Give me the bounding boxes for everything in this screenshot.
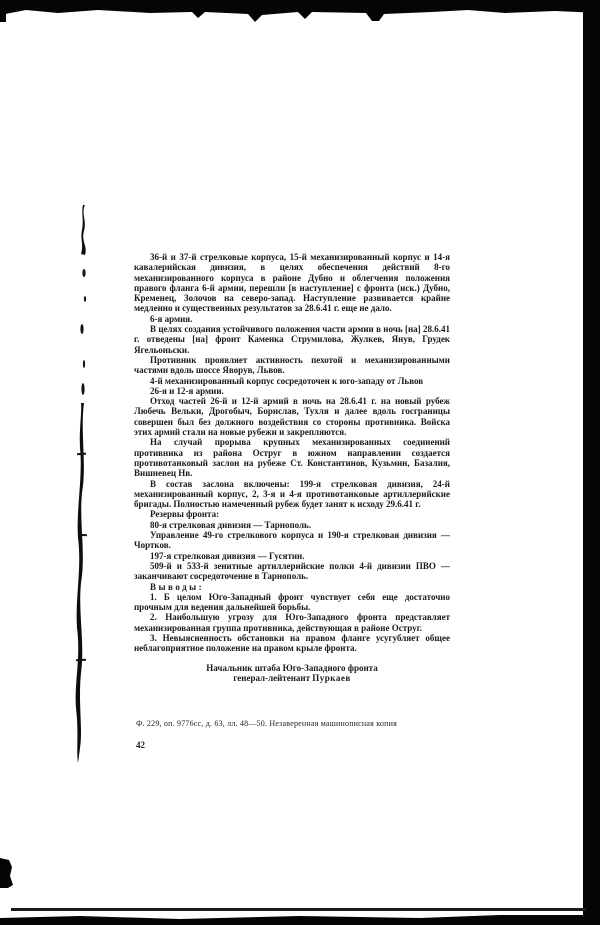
scan-edge-bottom bbox=[0, 915, 600, 925]
signature-block: Начальник штаба Юго-Западного фронта ген… bbox=[134, 663, 450, 684]
paragraph: В целях создания устойчивого положения ч… bbox=[134, 324, 450, 355]
paragraph: 80-я стрелковая дивизия — Тарнополь. bbox=[134, 520, 450, 530]
paragraph: Управление 49-го стрелкового корпуса и 1… bbox=[134, 530, 450, 551]
document-text-block: 36-й и 37-й стрелковые корпуса, 15-й мех… bbox=[134, 252, 450, 684]
scan-blob-top-left bbox=[0, 0, 6, 22]
paragraph: Противник проявляет активность пехотой и… bbox=[134, 355, 450, 376]
paragraph: 6-я армия. bbox=[134, 314, 450, 324]
paragraph: На случай прорыва крупных механизированн… bbox=[134, 437, 450, 478]
paragraph: 197-я стрелковая дивизия — Гусятин. bbox=[134, 551, 450, 561]
scan-edge-right bbox=[583, 0, 600, 925]
paragraph: 36-й и 37-й стрелковые корпуса, 15-й мех… bbox=[134, 252, 450, 314]
scan-bottom-rule bbox=[11, 908, 586, 911]
scan-blob-left-edge bbox=[0, 858, 14, 888]
paragraph: Отход частей 26-й и 12-й армий в ночь на… bbox=[134, 396, 450, 437]
paragraph: 1. Б целом Юго-Западный фронт чувствует … bbox=[134, 592, 450, 613]
scanned-document-page: 36-й и 37-й стрелковые корпуса, 15-й мех… bbox=[0, 0, 600, 925]
paragraph: 509-й и 533-й зенитные артиллерийские по… bbox=[134, 561, 450, 582]
signature-rank-name: генерал-лейтенант Пуркаев bbox=[134, 673, 450, 684]
binding-ink-streak bbox=[72, 203, 102, 773]
paragraph: 26-я и 12-я армии. bbox=[134, 386, 450, 396]
signature-name: Пуркаев bbox=[312, 673, 350, 683]
conclusions-heading: Выводы: bbox=[134, 582, 450, 592]
paragraph: 4-й механизированный корпус сосредоточен… bbox=[134, 376, 450, 386]
paragraph: Резервы фронта: bbox=[134, 509, 450, 519]
archival-reference: Ф. 229, оп. 9776сс, д. 63, лл. 48—50. Не… bbox=[136, 719, 456, 728]
paragraph: В состав заслона включены: 199-я стрелко… bbox=[134, 479, 450, 510]
paragraph: 3. Невыясненность обстановки на правом ф… bbox=[134, 633, 450, 654]
page-number: 42 bbox=[136, 740, 145, 750]
signature-title: Начальник штаба Юго-Западного фронта bbox=[134, 663, 450, 674]
signature-rank: генерал-лейтенант bbox=[233, 673, 310, 683]
scan-edge-top bbox=[0, 0, 600, 24]
paragraph: 2. Наибольшую угрозу для Юго-Западного ф… bbox=[134, 612, 450, 633]
